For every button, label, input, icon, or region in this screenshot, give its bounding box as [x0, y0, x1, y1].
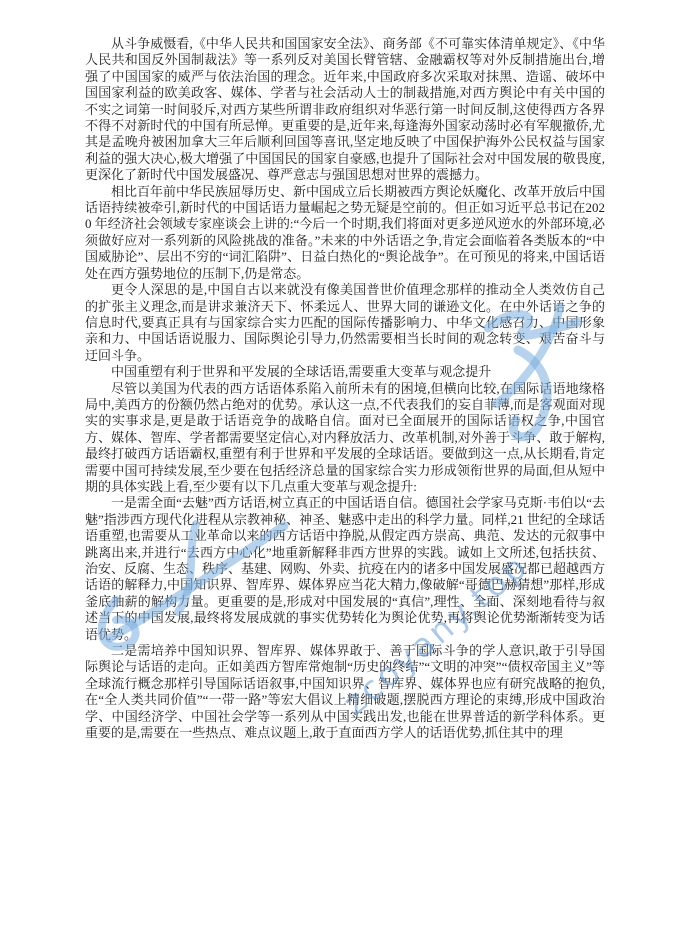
document-page: 从斗争威慑看,《中华人民共和国国家安全法》、商务部《不可靠实体清单规定》、《中华…	[0, 0, 685, 947]
paragraph-western-dominance: 尽管以美国为代表的西方话语体系陷入前所未有的困境,但横向比较,在国际话语地缘格局…	[85, 381, 605, 496]
paragraph-humble-culture: 更令人深思的是,中国自古以来就没有像美国普世价值理念那样的推动全人类效仿自己的扩…	[85, 282, 605, 364]
document-body: 从斗争威慑看,《中华人民共和国国家安全法》、商务部《不可靠实体清单规定》、《中华…	[85, 36, 605, 741]
section-heading: 中国重塑有利于世界和平发展的全球话语,需要重大变革与观念提升	[85, 364, 605, 380]
paragraph-point-two-scholars: 二是需培养中国知识界、智库界、媒体界敢于、善于国际斗争的学人意识,敢于引导国际舆…	[85, 643, 605, 741]
paragraph-struggle-deterrence: 从斗争威慑看,《中华人民共和国国家安全法》、商务部《不可靠实体清单规定》、《中华…	[85, 36, 605, 184]
paragraph-discourse-rise: 相比百年前中华民族屈辱历史、新中国成立后长期被西方舆论妖魔化、改革开放后中国话语…	[85, 184, 605, 282]
paragraph-point-one-demystify: 一是需全面“去魅”西方话语,树立真正的中国话语自信。德国社会学家马克斯·韦伯以“…	[85, 495, 605, 643]
